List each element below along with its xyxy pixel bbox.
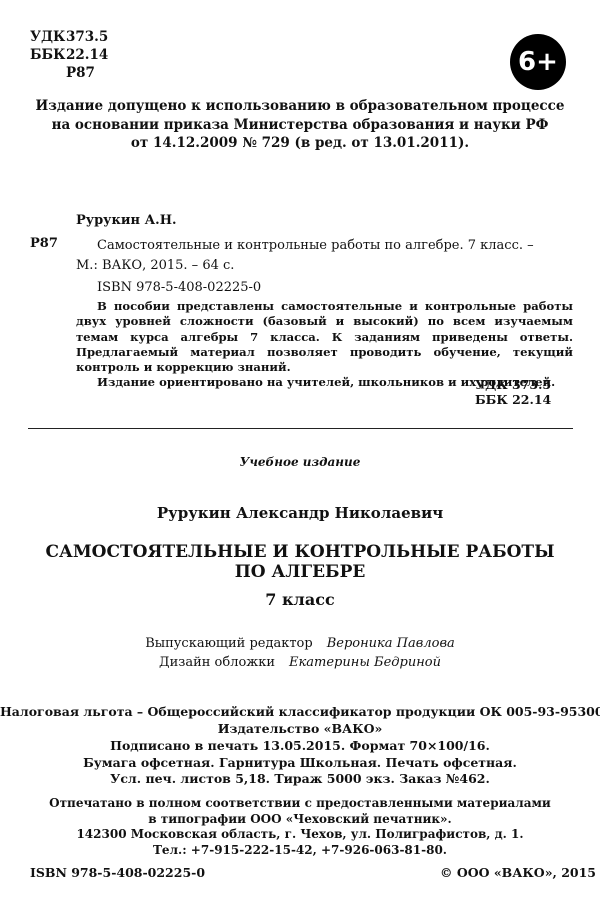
udk-label: УДК <box>30 28 66 46</box>
approval-notice: Издание допущено к использованию в образ… <box>0 97 600 153</box>
print-info: Подписано в печать 13.05.2015. Формат 70… <box>0 738 600 788</box>
credit-row: Выпускающий редакторВероника Павлова <box>0 634 600 653</box>
printer-line: Отпечатано в полном соответствии с предо… <box>0 796 600 812</box>
udk: УДК 373.5 <box>475 377 551 392</box>
printer-info: Отпечатано в полном соответствии с предо… <box>0 796 600 858</box>
tax-line: Налоговая льгота – Общероссийский класси… <box>0 704 600 721</box>
bbk: ББК 22.14 <box>475 392 551 407</box>
print-line: Усл. печ. листов 5,18. Тираж 5000 экз. З… <box>0 771 600 788</box>
classification-codes-footer: УДК 373.5 ББК 22.14 <box>475 377 551 407</box>
annotation-paragraph: В пособии представлены самостоятельные и… <box>76 299 573 375</box>
credit-name: Вероника Павлова <box>327 636 455 651</box>
age-rating-badge: 6+ <box>510 34 566 90</box>
isbn: ISBN 978-5-408-02225-0 <box>97 280 261 295</box>
tax-info: Налоговая льгота – Общероссийский класси… <box>0 704 600 737</box>
printer-line: Тел.: +7-915-222-15-42, +7-926-063-81-80… <box>0 843 600 859</box>
grade-label: 7 класс <box>0 590 600 609</box>
separator-rule <box>28 428 573 429</box>
author-mark: Р87 <box>66 64 95 82</box>
publisher-line: Издательство «ВАКО» <box>0 721 600 738</box>
approval-line: от 14.12.2009 № 729 (в ред. от 13.01.201… <box>0 134 600 153</box>
printer-line: в типографии ООО «Чеховский печатник». <box>0 812 600 828</box>
book-title: САМОСТОЯТЕЛЬНЫЕ И КОНТРОЛЬНЫЕ РАБОТЫ ПО … <box>0 542 600 582</box>
copyright: © ООО «ВАКО», 2015 <box>440 865 596 880</box>
credits: Выпускающий редакторВероника Павлова Диз… <box>0 634 600 672</box>
footer-isbn: ISBN 978-5-408-02225-0 <box>30 865 205 880</box>
approval-line: Издание допущено к использованию в образ… <box>0 97 600 116</box>
edition-type: Учебное издание <box>0 455 600 469</box>
author-full-name: Рурукин Александр Николаевич <box>0 504 600 522</box>
udk-value: 373.5 <box>66 28 108 46</box>
credit-row: Дизайн обложкиЕкатерины Бедриной <box>0 653 600 672</box>
title-line: ПО АЛГЕБРЕ <box>0 562 600 582</box>
printer-line: 142300 Московская область, г. Чехов, ул.… <box>0 827 600 843</box>
bibliographic-record: Самостоятельные и контрольные работы по … <box>76 236 534 276</box>
title-line: САМОСТОЯТЕЛЬНЫЕ И КОНТРОЛЬНЫЕ РАБОТЫ <box>0 542 600 562</box>
print-line: Подписано в печать 13.05.2015. Формат 70… <box>0 738 600 755</box>
bibliographic-mark: Р87 <box>30 236 58 251</box>
credit-role: Выпускающий редактор <box>145 636 312 651</box>
bbk-label: ББК <box>30 46 66 64</box>
bibliographic-line: Самостоятельные и контрольные работы по … <box>76 236 534 256</box>
print-line: Бумага офсетная. Гарнитура Школьная. Печ… <box>0 755 600 772</box>
bibliographic-line: М.: ВАКО, 2015. – 64 с. <box>76 256 534 276</box>
bbk-value: 22.14 <box>66 46 108 64</box>
approval-line: на основании приказа Министерства образо… <box>0 116 600 135</box>
author-short: Рурукин А.Н. <box>76 213 177 228</box>
classification-codes: УДК373.5 ББК22.14 Р87 <box>30 28 108 82</box>
credit-role: Дизайн обложки <box>159 655 275 670</box>
credit-name: Екатерины Бедриной <box>289 655 441 670</box>
